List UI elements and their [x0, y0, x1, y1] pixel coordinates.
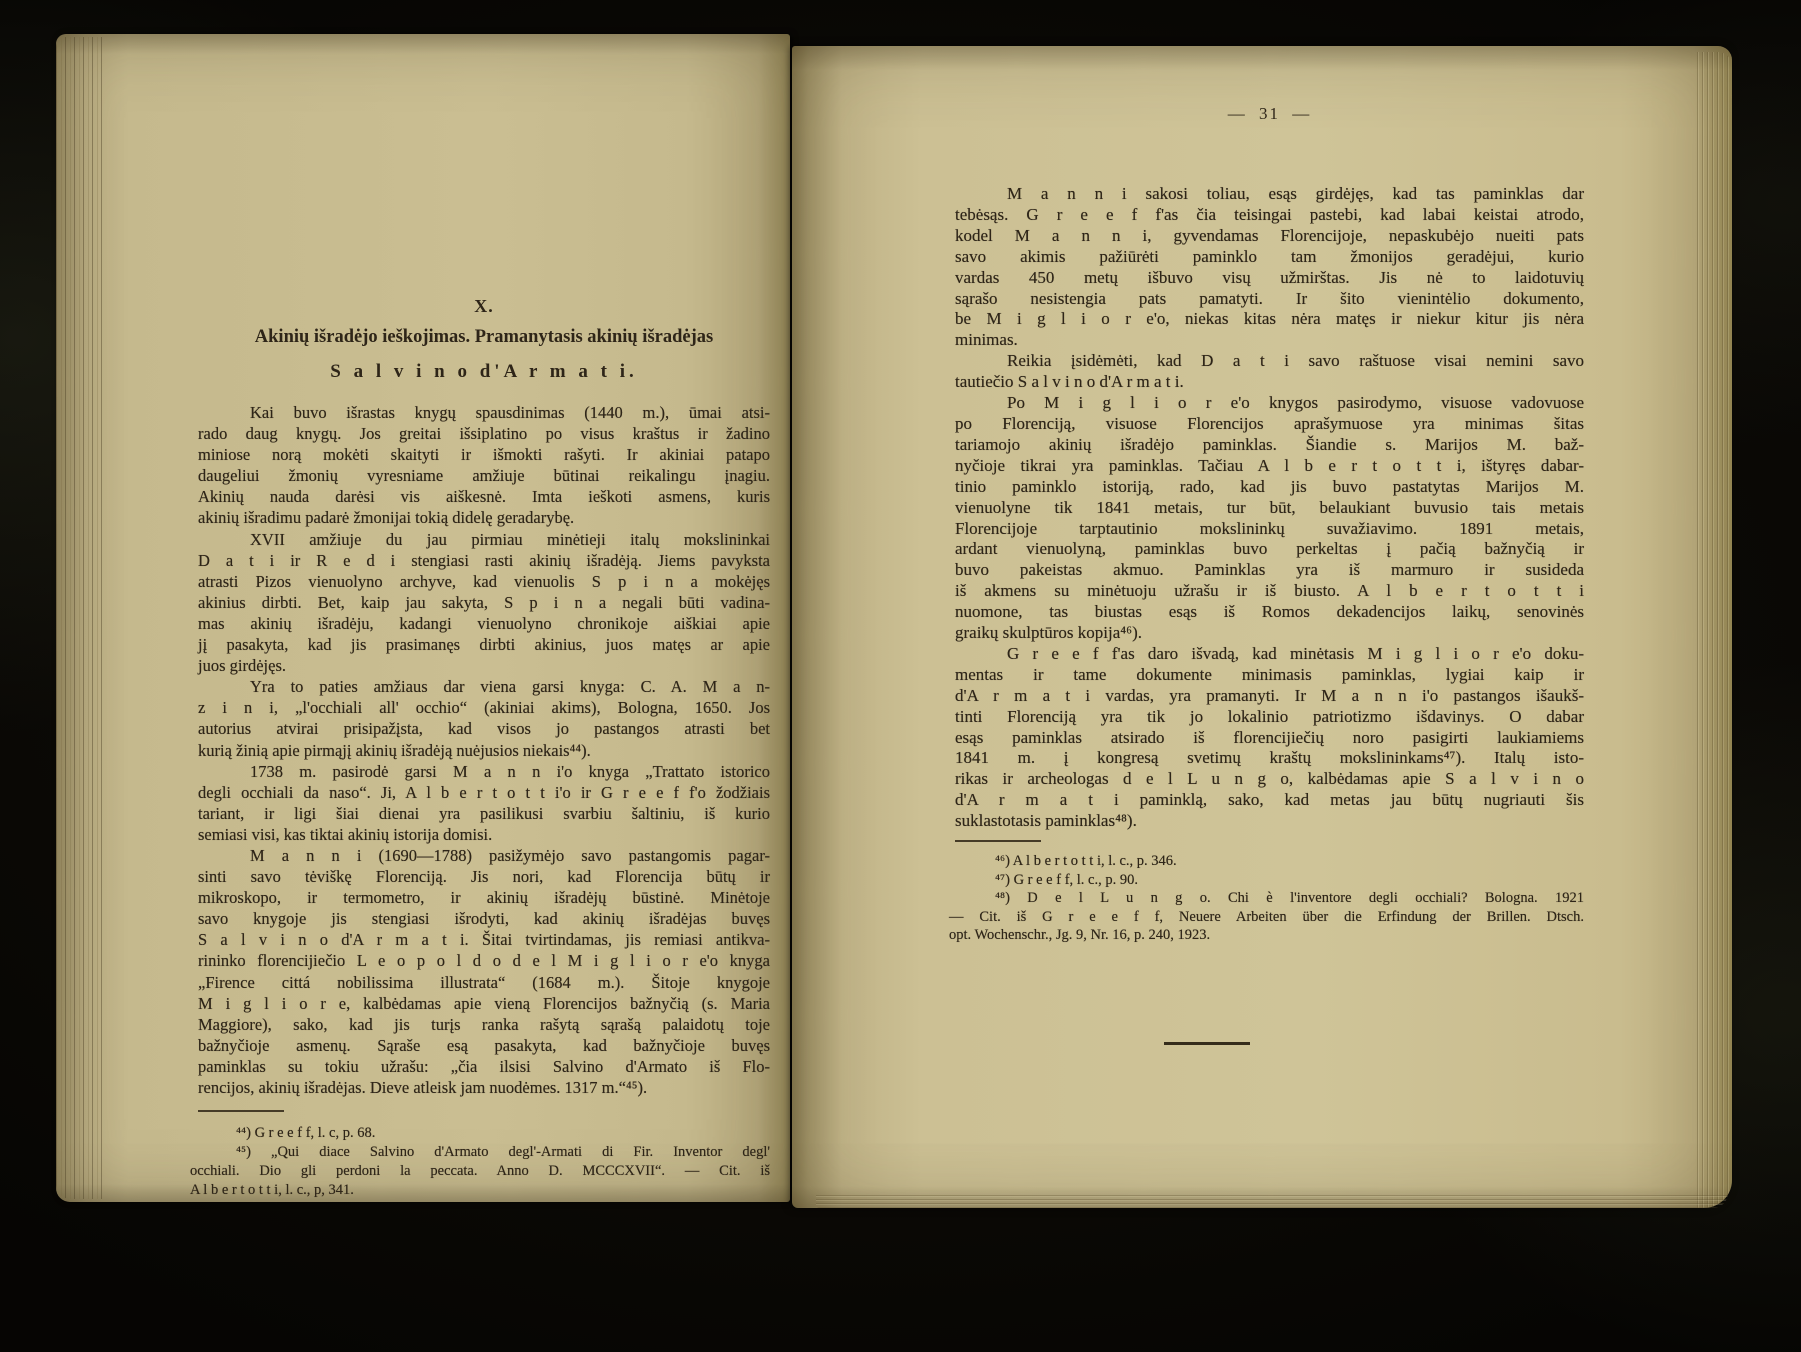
text-line: opt. Wochenschr., Jg. 9, Nr. 16, p. 240,… [949, 926, 1584, 945]
paragraph: G r e e f f'as daro išvadą, kad minėtasi… [955, 644, 1584, 832]
chapter-number: X. [198, 296, 770, 317]
chapter-title-line-2: S a l v i n o d'A r m a t i. [198, 361, 770, 383]
text-line: sinti savo tėviškę Florenciją. Jis nori,… [198, 866, 770, 887]
text-line: rado daug knygų. Jos greitai išsiplatino… [198, 423, 770, 444]
text-line: „Firence cittá nobilissima illustrata“ (… [198, 972, 770, 993]
paragraph: Reikia įsidėmėti, kad D a t i savo raštu… [955, 351, 1584, 393]
paragraph: ⁴⁵) „Qui diace Salvino d'Armato degl'-Ar… [190, 1143, 770, 1200]
paragraph: ⁴⁴) G r e e f f, l. c, p. 68. [190, 1124, 770, 1143]
text-line: Po M i g l i o r e'o knygos pasirodymo, … [955, 393, 1584, 414]
paragraph: ⁴⁸) D e l L u n g o. Chi è l'inventore d… [949, 889, 1584, 945]
text-line: nuomone, tas biustas esąs iš Romos dekad… [955, 602, 1584, 623]
text-line: ardant vienuolyną, paminklas buvo perkel… [955, 539, 1584, 560]
text-line: occhiali. Dio gli perdoni la peccata. An… [190, 1162, 770, 1181]
text-line: degli occhiali da naso“. Ji, A l b e r t… [198, 782, 770, 803]
text-line: bažnyčioje asmenų. Sąraše esą pasakyta, … [198, 1035, 770, 1056]
text-line: A l b e r t o t t i, l. c., p, 341. [190, 1181, 770, 1200]
text-line: vienuolyne tik 1841 metais, tur būt, bel… [955, 498, 1584, 519]
text-line: autorius atvirai prisipažįsta, kad visos… [198, 718, 770, 739]
text-line: daugeliui žmonių vyresniame amžiuje būti… [198, 465, 770, 486]
text-line: nyčioje tikrai yra paminklas. Tačiau A l… [955, 456, 1584, 477]
text-line: Florencijoje tarptautinio mokslininkų su… [955, 519, 1584, 540]
text-line: M a n n i sakosi toliau, esąs girdėjęs, … [955, 184, 1584, 205]
text-line: S a l v i n o d'A r m a t i. Šitai tvirt… [198, 929, 770, 950]
page-stack-edge-right [1694, 52, 1732, 1208]
right-page: — 31 — M a n n i sakosi toliau, esąs gir… [792, 46, 1732, 1208]
right-page-body: M a n n i sakosi toliau, esąs girdėjęs, … [955, 184, 1584, 832]
footnote-separator-right [955, 840, 1041, 842]
text-line: sąrašo nesistengia pats pamatyti. Ir šit… [955, 289, 1584, 310]
text-line: mas akinių išradėju, kadangi vienuolyno … [198, 613, 770, 634]
page-number: — 31 — [955, 104, 1584, 124]
text-line: tebėsąs. G r e e f f'as čia teisingai pa… [955, 205, 1584, 226]
paragraph: Kai buvo išrastas knygų spausdinimas (14… [198, 402, 770, 529]
text-line: z i n i, „l'occhiali all' occhio“ (akini… [198, 697, 770, 718]
right-page-footnotes: ⁴⁶) A l b e r t o t t i, l. c., p. 346.⁴… [949, 852, 1584, 945]
text-line: esąs paminklas atsirado iš florencijieči… [955, 728, 1584, 749]
text-line: ⁴⁷) G r e e f f, l. c., p. 90. [949, 871, 1584, 890]
text-line: tinio paminklo istoriją, rado, kad jis b… [955, 477, 1584, 498]
text-line: d'A r m a t i vardas, yra pramanyti. Ir … [955, 686, 1584, 707]
text-line: ⁴⁴) G r e e f f, l. c, p. 68. [190, 1124, 770, 1143]
chapter-end-rule [1164, 1042, 1250, 1045]
text-line: juos girdėjęs. [198, 655, 770, 676]
paragraph: M a n n i (1690—1788) pasižymėjo savo pa… [198, 845, 770, 1098]
text-line: tinti Florenciją yra tik jo lokalinio pa… [955, 707, 1584, 728]
text-line: akinius dirbti. Bet, kaip jau sakyta, S … [198, 592, 770, 613]
text-line: kurią žinią apie pirmąjį akinių išradėją… [198, 740, 770, 761]
text-line: kodel M a n n i, gyvendamas Florencijoje… [955, 226, 1584, 247]
text-line: 1841 m. į kongresą svetimų kraštų moksli… [955, 748, 1584, 769]
page-stack-edge-left [56, 37, 102, 1199]
paragraph: M a n n i sakosi toliau, esąs girdėjęs, … [955, 184, 1584, 351]
text-line: savo akimis pažiūrėti paminklo tam žmoni… [955, 247, 1584, 268]
text-line: buvo pakeistas akmuo. Paminklas yra iš m… [955, 560, 1584, 581]
text-line: Yra to paties amžiaus dar viena garsi kn… [198, 676, 770, 697]
footnote-separator-left [198, 1110, 284, 1112]
page-stack-edge-bottom [816, 1193, 1728, 1208]
text-line: rikas ir archeologas d e l L u n g o, ka… [955, 769, 1584, 790]
text-line: D a t i ir R e d i stengiasi rasti akini… [198, 550, 770, 571]
text-line: 1738 m. pasirodė garsi M a n n i'o knyga… [198, 761, 770, 782]
chapter-title-line-1: Akinių išradėjo ieškojimas. Pramanytasis… [174, 327, 794, 348]
text-line: suklastotasis paminklas⁴⁸). [955, 811, 1584, 832]
text-line: tariant, ir ligi šiai dienai yra pasilik… [198, 803, 770, 824]
text-line: Kai buvo išrastas knygų spausdinimas (14… [198, 402, 770, 423]
text-line: mikroskopo, ir termometro, ir akinių išr… [198, 887, 770, 908]
text-line: po Florenciją, visuose Florencijos apraš… [955, 414, 1584, 435]
text-line: ⁴⁵) „Qui diace Salvino d'Armato degl'-Ar… [190, 1143, 770, 1162]
text-line: minimas. [955, 330, 1584, 351]
text-line: graikų skulptūros kopija⁴⁶). [955, 623, 1584, 644]
text-line: semiasi visi, kas tiktai akinių istorija… [198, 824, 770, 845]
text-line: tariamojo akinių išradėjo paminklas. Šia… [955, 435, 1584, 456]
text-line: d'A r m a t i paminklą, sako, kad metas … [955, 790, 1584, 811]
text-line: tautiečio S a l v i n o d'A r m a t i. [955, 372, 1584, 393]
text-line: M a n n i (1690—1788) pasižymėjo savo pa… [198, 845, 770, 866]
text-line: XVII amžiuje du jau pirmiau minėtieji it… [198, 529, 770, 550]
text-line: miniose norą mokėti skaityti ir išmokti … [198, 444, 770, 465]
paragraph: 1738 m. pasirodė garsi M a n n i'o knyga… [198, 761, 770, 845]
paragraph: XVII amžiuje du jau pirmiau minėtieji it… [198, 529, 770, 677]
text-line: akinių išradimu padarė žmonijai tokią di… [198, 507, 770, 528]
text-line: vardas 450 metų išbuvo visų užmirštas. J… [955, 268, 1584, 289]
text-line: mentas ir tame dokumente minimasis pamin… [955, 665, 1584, 686]
text-line: — Cit. iš G r e e f f, Neuere Arbeiten ü… [949, 908, 1584, 927]
paragraph: Yra to paties amžiaus dar viena garsi kn… [198, 676, 770, 760]
left-page: X. Akinių išradėjo ieškojimas. Pramanyta… [56, 34, 790, 1202]
text-line: be M i g l i o r e'o, niekas kitas nėra … [955, 309, 1584, 330]
text-line: atrasti Pizos vienuolyno archyve, kad vi… [198, 571, 770, 592]
paragraph: Po M i g l i o r e'o knygos pasirodymo, … [955, 393, 1584, 644]
book-scan: X. Akinių išradėjo ieškojimas. Pramanyta… [0, 0, 1801, 1352]
text-line: Maggiore), sako, kad jis turįs ranka raš… [198, 1014, 770, 1035]
text-line: paminklas su tokiu užrašu: „čia ilsisi S… [198, 1056, 770, 1077]
text-line: iš akmens su minėtuoju užrašu ir iš bius… [955, 581, 1584, 602]
text-line: ⁴⁶) A l b e r t o t t i, l. c., p. 346. [949, 852, 1584, 871]
text-line: rencijos, akinių išradėjas. Dieve atleis… [198, 1077, 770, 1098]
text-line: M i g l i o r e, kalbėdamas apie vieną F… [198, 993, 770, 1014]
text-line: jį pasakyta, kad jis prasimanęs dirbti a… [198, 634, 770, 655]
left-page-footnotes: ⁴⁴) G r e e f f, l. c, p. 68.⁴⁵) „Qui di… [190, 1124, 770, 1200]
text-line: Reikia įsidėmėti, kad D a t i savo raštu… [955, 351, 1584, 372]
left-page-body: Kai buvo išrastas knygų spausdinimas (14… [198, 402, 770, 1098]
text-line: ⁴⁸) D e l L u n g o. Chi è l'inventore d… [949, 889, 1584, 908]
text-line: rininko florencijiečio L e o p o l d o d… [198, 950, 770, 971]
paragraph: ⁴⁶) A l b e r t o t t i, l. c., p. 346. [949, 852, 1584, 871]
text-line: savo knygoje jis stengiasi išrodyti, kad… [198, 908, 770, 929]
paragraph: ⁴⁷) G r e e f f, l. c., p. 90. [949, 871, 1584, 890]
text-line: Akinių nauda darėsi vis aiškesnė. Imta i… [198, 486, 770, 507]
text-line: G r e e f f'as daro išvadą, kad minėtasi… [955, 644, 1584, 665]
